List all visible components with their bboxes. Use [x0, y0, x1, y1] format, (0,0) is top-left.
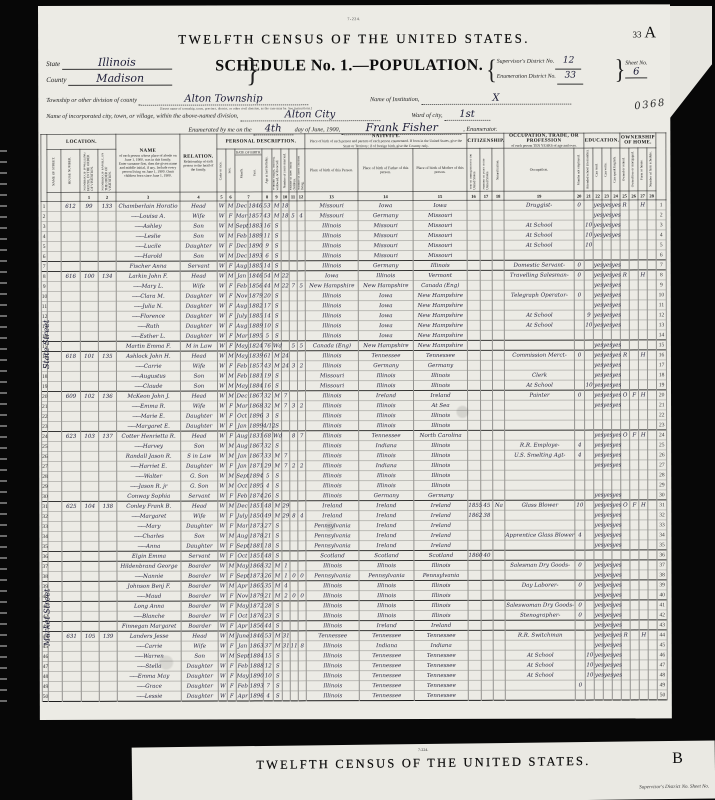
cell-fh — [639, 490, 648, 500]
cell-fm — [629, 250, 638, 260]
group-label: EDUCATION. — [584, 138, 619, 143]
cell-m: S — [273, 651, 282, 661]
cell-en: yes — [612, 520, 621, 530]
sub-header-street: NAME OF STREET. — [47, 150, 61, 193]
cell-dw — [81, 571, 99, 581]
cell-fs — [648, 480, 657, 490]
cell-mc — [290, 681, 298, 691]
cell-yus — [480, 250, 492, 260]
cell-wr — [603, 470, 612, 480]
cell-imm — [467, 210, 480, 220]
cell-fam — [99, 671, 117, 681]
cell-pof: Illinois — [359, 581, 414, 591]
cell-mne — [574, 220, 584, 230]
cell-occ: At School — [504, 220, 574, 230]
cell-en: yes — [612, 510, 621, 520]
cell-house — [62, 482, 81, 492]
ditto-mark: —— — [137, 593, 146, 599]
cell-en — [612, 550, 621, 560]
cell-imm — [468, 660, 481, 670]
sub-header-fam: NUMBER OF FAMILY, IN THE ORDER OF VISITA… — [98, 149, 116, 192]
cell-en: yes — [612, 570, 621, 580]
cell-yus — [480, 320, 492, 330]
cell-street — [47, 232, 61, 242]
cell-nat — [492, 330, 504, 340]
cell-pob: Iowa — [305, 271, 358, 281]
cell-rd — [593, 250, 602, 260]
cell-sch — [585, 680, 594, 690]
cell-mne — [575, 420, 585, 430]
cell-fam — [99, 641, 117, 651]
cell-mo: Aug — [235, 321, 248, 331]
cell-rel: Wife — [181, 511, 218, 521]
cell-yr: 1893 — [249, 681, 263, 691]
cell-imm: 1855 — [468, 500, 481, 510]
column-number-wr: 23 — [602, 191, 611, 200]
cell-yus — [480, 340, 492, 350]
cell-mo: Nov — [235, 291, 248, 301]
cell-age: 4/12 — [263, 421, 273, 431]
cell-s: M — [227, 581, 236, 591]
cell-fh — [638, 250, 647, 260]
cell-fh: H — [638, 200, 647, 210]
cell-age: 7 — [263, 681, 273, 691]
cell-imm — [468, 600, 481, 610]
cell-fam: 134 — [98, 271, 116, 281]
cell-s: F — [227, 601, 236, 611]
cell-mne — [574, 210, 584, 220]
population-schedule-table: LOCATION.NAMEof each person whose place … — [40, 132, 668, 702]
cell-mne: 0 — [574, 270, 584, 280]
cell-ym: 18 — [281, 201, 289, 211]
cell-fs — [647, 280, 656, 290]
cell-imm — [468, 610, 481, 620]
cell-s: F — [227, 591, 236, 601]
cell-pof: New Hampshire — [358, 281, 413, 291]
cell-en: yes — [612, 670, 621, 680]
cell-imm — [468, 480, 481, 490]
cell-house — [61, 362, 80, 372]
cell-s: F — [226, 261, 235, 271]
cell-imm — [468, 470, 481, 480]
county-line: County Madison — [46, 72, 172, 86]
cell-rd: yes — [594, 590, 603, 600]
cell-wr: yes — [603, 660, 612, 670]
cell-mc: 3 — [289, 361, 297, 371]
cell-fs — [648, 510, 657, 520]
cell-occ: U.S. Smelting Agt- — [505, 450, 575, 460]
cell-rel: M in Law — [180, 341, 217, 351]
cell-yus — [480, 210, 492, 220]
table-header: LOCATION.NAMEof each person whose place … — [41, 133, 666, 202]
cell-pob: New Hampshire — [305, 281, 358, 291]
group-label: OCCUPATION, TRADE, OR PROFESSION — [504, 134, 583, 144]
cell-ym — [282, 601, 290, 611]
cell-pom: Tennessee — [414, 691, 468, 701]
cell-yr: 1881 — [249, 541, 263, 551]
cell-rd: yes — [594, 370, 603, 380]
sub-header-m: Whether single, married, widowed, or div… — [272, 149, 281, 192]
cell-rd: yes — [593, 300, 602, 310]
cell-sch — [585, 420, 594, 430]
cell-fs — [647, 310, 656, 320]
cell-c: W — [217, 331, 226, 341]
cell-occ — [505, 680, 575, 690]
cell-m: S — [272, 301, 281, 311]
cell-fm — [630, 420, 639, 430]
cell-street — [47, 262, 61, 272]
cell-pof: Missouri — [358, 241, 413, 251]
cell-lnr: 16 — [657, 350, 667, 360]
cell-mne — [575, 480, 585, 490]
cell-yus — [481, 440, 493, 450]
column-number-fm: 26 — [629, 191, 638, 200]
cell-en: yes — [612, 490, 621, 500]
cell-fh — [639, 590, 648, 600]
cell-ym: 7 — [282, 461, 290, 471]
column-number-mne: 20 — [574, 191, 584, 200]
cell-own — [621, 520, 630, 530]
cell-mc — [290, 491, 298, 501]
cell-rel: Boarder — [181, 621, 218, 631]
cell-yus — [481, 690, 493, 700]
sheet-letter: A — [644, 24, 656, 41]
cell-nat — [493, 490, 505, 500]
cell-age: 48 — [263, 501, 273, 511]
cell-wr — [603, 550, 612, 560]
cell-occ — [505, 510, 575, 520]
cell-s: M — [226, 231, 235, 241]
cell-own — [621, 590, 630, 600]
cell-yr: 1846 — [248, 201, 262, 211]
cell-cl — [298, 561, 306, 571]
ditto-mark: —— — [130, 483, 139, 489]
group-header: RELATION.Relationship of each person to … — [180, 134, 217, 192]
cell-s: M — [227, 481, 236, 491]
cell-sch — [585, 450, 594, 460]
cell-en: yes — [612, 540, 621, 550]
cell-mc — [290, 691, 298, 701]
cell-pom: Tennessee — [414, 631, 468, 641]
cell-s: F — [226, 291, 235, 301]
cell-lnr: 32 — [657, 510, 667, 520]
cell-yus — [480, 310, 492, 320]
cell-mne — [574, 300, 584, 310]
cell-pob: Illinois — [306, 391, 359, 401]
cell-house — [61, 342, 80, 352]
township-value: Alton Township — [184, 93, 262, 104]
cell-occ: At School — [504, 320, 574, 330]
cell-yr: 1824 — [248, 341, 262, 351]
cell-dw — [81, 411, 99, 421]
cell-wr: yes — [603, 630, 612, 640]
cell-fh — [639, 370, 648, 380]
cell-mo: Sept — [235, 221, 248, 231]
cell-yr: 1850 — [249, 511, 263, 521]
cell-name: Martin Emma F. — [116, 341, 180, 351]
county-label: County — [46, 76, 66, 84]
cell-fm — [630, 550, 639, 560]
column-number-dw: 1 — [80, 192, 98, 201]
cell-c: W — [218, 521, 227, 531]
cell-wr: yes — [603, 540, 612, 550]
cell-dw: 102 — [81, 391, 99, 401]
cell-occ: At School — [505, 380, 575, 390]
cell-mc — [289, 251, 297, 261]
cell-m: M — [273, 511, 282, 521]
column-number-s: 6 — [226, 192, 235, 201]
cell-mne — [575, 670, 585, 680]
cell-nat — [492, 340, 504, 350]
cell-nat — [493, 630, 505, 640]
cell-age: 14 — [262, 261, 272, 271]
cell-pom: Missouri — [413, 251, 467, 261]
cell-name: Ashlock John H. — [116, 351, 180, 361]
cell-mo: Nov — [236, 591, 249, 601]
cell-en — [612, 480, 621, 490]
cell-nat — [493, 510, 505, 520]
cell-yus — [480, 200, 492, 210]
cell-fam — [99, 581, 117, 591]
sub-label-sch: Attended school (in months). — [587, 150, 591, 190]
ditto-mark: —— — [137, 683, 146, 689]
cell-mne — [574, 240, 584, 250]
cell-rd: yes — [594, 600, 603, 610]
ditto-mark: —— — [134, 533, 143, 539]
cell-rel: Servant — [180, 261, 217, 271]
cell-pob: Illinois — [306, 431, 359, 441]
cell-sch: 10 — [585, 660, 594, 670]
cell-name: —— Julia N. — [116, 301, 180, 311]
street-name-handwritten-1: State Street — [42, 274, 57, 414]
ditto-mark: —— — [137, 543, 146, 549]
cell-imm — [467, 360, 480, 370]
cell-house — [62, 452, 81, 462]
cell-name: —— Margaret — [117, 511, 181, 521]
cell-dw — [81, 441, 99, 451]
cell-m: M — [273, 451, 282, 461]
cell-c: W — [218, 541, 227, 551]
cell-mo: Oct — [236, 481, 249, 491]
cell-fh — [638, 260, 647, 270]
ditto-mark: —— — [131, 373, 140, 379]
column-number-street — [47, 193, 61, 202]
cell-yus — [481, 660, 493, 670]
cell-cl — [298, 521, 306, 531]
cell-ym — [281, 251, 289, 261]
cell-fs — [648, 500, 657, 510]
cell-ym: 7 — [282, 391, 290, 401]
cell-nat — [493, 460, 505, 470]
cell-c: W — [218, 511, 227, 521]
cell-rd: yes — [593, 210, 602, 220]
cell-m: S — [273, 481, 282, 491]
dob-subcol: Year. — [248, 156, 261, 191]
cell-pob: Ireland — [306, 501, 359, 511]
cell-nat — [493, 520, 505, 530]
cell-pom: Ireland — [414, 391, 468, 401]
cell-yr: 1895 — [248, 331, 262, 341]
cell-pob: Illinois — [306, 691, 359, 701]
cell-s: F — [227, 541, 236, 551]
cell-occ — [505, 640, 575, 650]
cell-mo: Aug — [236, 441, 249, 451]
cell-rel: Head — [180, 201, 217, 211]
cell-pom: Illinois — [413, 261, 467, 271]
cell-fh — [638, 310, 647, 320]
cell-rel: Son — [180, 221, 217, 231]
cell-pob: Illinois — [306, 611, 359, 621]
cell-cl — [297, 201, 305, 211]
cell-pob: Illinois — [306, 661, 359, 671]
cell-pof: Ireland — [359, 531, 414, 541]
cell-rel: Son — [180, 371, 217, 381]
cell-en: yes — [612, 530, 621, 540]
cell-en: yes — [611, 220, 620, 230]
cell-sch: 9 — [584, 310, 593, 320]
cell-nat — [493, 570, 505, 580]
cell-pob: Illinois — [305, 301, 358, 311]
cell-c: W — [218, 561, 227, 571]
cell-s: M — [226, 201, 235, 211]
ward-label: Ward of city, — [412, 112, 443, 119]
cell-cl — [298, 601, 306, 611]
cell-wr: yes — [603, 450, 612, 460]
cell-pof: Illinois — [359, 591, 414, 601]
sub-label-dw: NUMBER OF DWELLING HOUSE, IN THE ORDER O… — [83, 151, 94, 191]
cell-mc: 3 — [290, 401, 298, 411]
cell-fm — [630, 660, 639, 670]
cell-own — [620, 280, 629, 290]
cell-s: M — [227, 441, 236, 451]
cell-pom: Illinois — [414, 381, 468, 391]
column-number-pof: 14 — [358, 192, 413, 201]
cell-mo: Aug — [235, 301, 248, 311]
cell-mo: Sept — [236, 471, 249, 481]
cell-fm — [630, 510, 639, 520]
cell-wr: yes — [602, 310, 611, 320]
cell-rd: yes — [594, 580, 603, 590]
sub-header-pom: Place of birth of Mother of this person. — [413, 149, 467, 192]
cell-rd — [594, 690, 603, 700]
cell-rd — [594, 480, 603, 490]
cell-mne: 0 — [574, 350, 584, 360]
cell-nat — [493, 440, 505, 450]
table-body: 161299133Chamberlain HoratioHeadWMDec184… — [41, 200, 667, 702]
cell-rel: Daughter — [180, 241, 217, 251]
cell-rel: Boarder — [181, 601, 218, 611]
cell-mne — [575, 400, 585, 410]
cell-s: F — [227, 511, 236, 521]
cell-sch: 10 — [585, 670, 594, 680]
sub-label-wr: Can write. — [605, 163, 609, 177]
cell-mne — [575, 410, 585, 420]
cell-mne — [575, 430, 585, 440]
scan-edge-marks — [0, 150, 7, 710]
cell-imm — [468, 430, 481, 440]
cell-mo: Feb — [235, 361, 248, 371]
ditto-mark: —— — [132, 413, 141, 419]
cell-mc: 5 — [289, 341, 297, 351]
cell-fh — [639, 480, 648, 490]
cell-sch — [584, 340, 593, 350]
cell-pof: Ireland — [359, 501, 414, 511]
column-number-occ: 19 — [504, 191, 574, 200]
cell-pom: Illinois — [414, 461, 468, 471]
cell-c: W — [217, 361, 226, 371]
cell-sch — [585, 520, 594, 530]
cell-rd: yes — [594, 660, 603, 670]
cell-lnr: 39 — [657, 580, 667, 590]
cell-cl — [298, 451, 306, 461]
cell-wr: yes — [602, 230, 611, 240]
cell-yus — [481, 410, 493, 420]
cell-mo: June — [236, 631, 249, 641]
cell-en: yes — [612, 390, 621, 400]
cell-nat — [493, 640, 505, 650]
cell-fam — [98, 211, 116, 221]
cell-pob: Ireland — [306, 511, 359, 521]
cell-fm — [630, 580, 639, 590]
cell-c: W — [218, 551, 227, 561]
cell-pof: Iowa — [358, 201, 413, 211]
cell-nat — [492, 350, 504, 360]
cell-own — [621, 690, 630, 700]
cell-dw — [80, 211, 98, 221]
cell-rd: yes — [593, 260, 602, 270]
cell-en: yes — [612, 440, 621, 450]
cell-mne: 4 — [575, 450, 585, 460]
cell-occ: Commission Merct- — [504, 350, 574, 360]
cell-age: 32 — [263, 401, 273, 411]
cell-lnr: 29 — [657, 480, 667, 490]
cell-lnr: 23 — [657, 420, 667, 430]
cell-m: S — [272, 371, 281, 381]
cell-s: F — [226, 281, 235, 291]
sub-header-nat: Naturalization. — [492, 148, 504, 191]
cell-street — [48, 432, 62, 442]
cell-c: W — [218, 531, 227, 541]
cell-fam — [99, 481, 117, 491]
township-line: Township or other division of county Alt… — [46, 92, 662, 106]
cell-c: W — [218, 391, 227, 401]
cell-yus — [481, 620, 493, 630]
cell-fs — [648, 570, 657, 580]
cell-rd: yes — [594, 570, 603, 580]
cell-m: M — [272, 361, 281, 371]
cell-en: yes — [611, 340, 620, 350]
cell-rd: yes — [594, 530, 603, 540]
cell-street — [48, 692, 62, 702]
cell-lnr: 11 — [656, 300, 666, 310]
census-sheet-b-fragment: 7-224. TWELFTH CENSUS OF THE UNITED STAT… — [132, 740, 715, 800]
cell-own — [621, 540, 630, 550]
cell-yus — [481, 470, 493, 480]
cell-own — [621, 620, 630, 630]
dob-subcol: Month. — [235, 156, 248, 191]
sub-header-yus: Number of years in the United States. — [480, 148, 492, 191]
cell-c: W — [218, 401, 227, 411]
cell-c: W — [217, 381, 226, 391]
cell-cl — [298, 621, 306, 631]
cell-nat — [493, 670, 505, 680]
cell-rd: yes — [593, 220, 602, 230]
cell-nat — [493, 580, 505, 590]
cell-fam — [99, 511, 117, 521]
cell-yr: 1885 — [248, 311, 262, 321]
cell-pob: Illinois — [306, 491, 359, 501]
cell-rd: yes — [593, 280, 602, 290]
